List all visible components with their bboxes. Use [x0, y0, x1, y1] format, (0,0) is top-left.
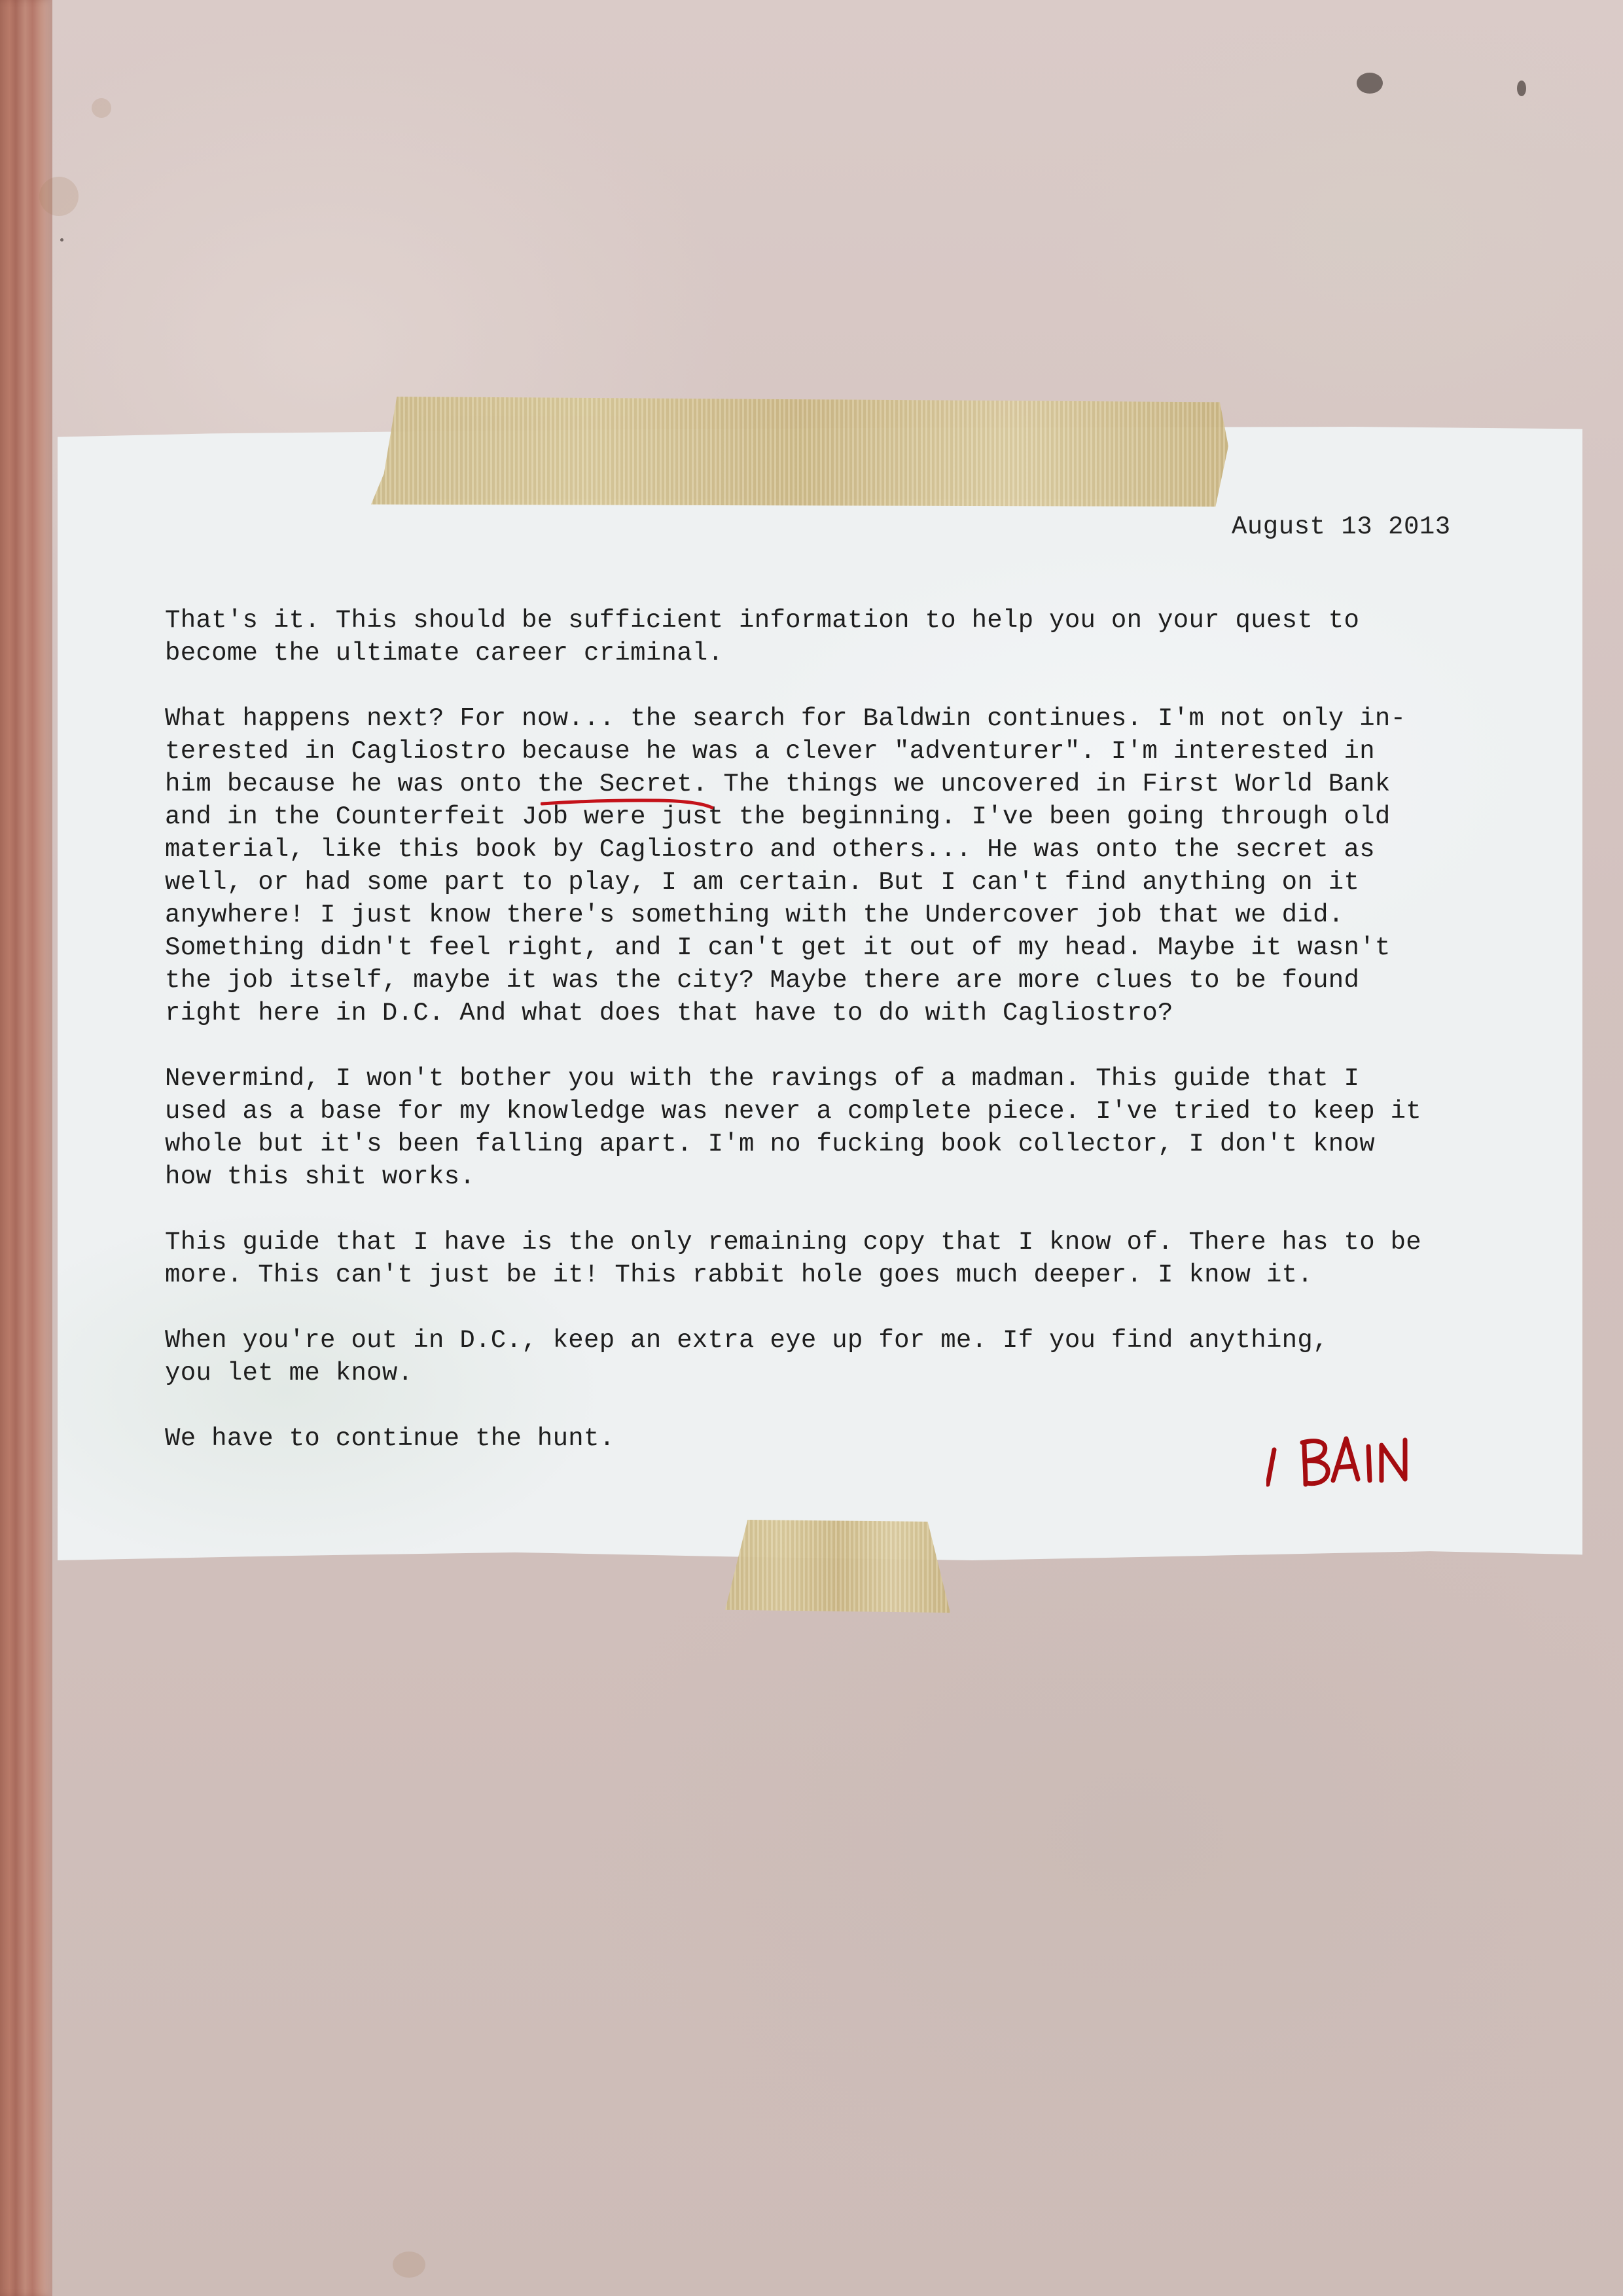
- text-line: Something didn't feel right, and I can't…: [165, 931, 1474, 964]
- stain: [92, 98, 111, 118]
- text-line: and in the Counterfeit Job were just the…: [165, 800, 1474, 833]
- text-line: right here in D.C. And what does that ha…: [165, 997, 1474, 1030]
- text-line: anywhere! I just know there's something …: [165, 899, 1474, 931]
- stain: [393, 2251, 425, 2278]
- text-line-with-underline: him because he was onto the Secret. The …: [165, 768, 1474, 800]
- paragraph-4: This guide that I have is the only remai…: [165, 1226, 1474, 1291]
- text-line: whole but it's been falling apart. I'm n…: [165, 1128, 1474, 1160]
- red-underline-annotation: [541, 796, 717, 810]
- text-line: well, or had some part to play, I am cer…: [165, 866, 1474, 899]
- paragraph-5: When you're out in D.C., keep an extra e…: [165, 1324, 1474, 1390]
- text-line: become the ultimate career criminal.: [165, 637, 1474, 670]
- text-line: you let me know.: [165, 1357, 1474, 1390]
- text-line: What happens next? For now... the search…: [165, 702, 1474, 735]
- speck: [1517, 81, 1526, 96]
- paragraph-1: That's it. This should be sufficient inf…: [165, 604, 1474, 670]
- text-line: used as a base for my knowledge was neve…: [165, 1095, 1474, 1128]
- text-line: how this shit works.: [165, 1160, 1474, 1193]
- tape-bottom: [725, 1520, 950, 1613]
- text-line: terested in Cagliostro because he was a …: [165, 735, 1474, 768]
- text-line: more. This can't just be it! This rabbit…: [165, 1259, 1474, 1291]
- text-line: This guide that I have is the only remai…: [165, 1226, 1474, 1259]
- book-spine-edge: [0, 0, 52, 2296]
- letter-body: That's it. This should be sufficient inf…: [165, 604, 1474, 1488]
- paragraph-2: What happens next? For now... the search…: [165, 702, 1474, 1030]
- letter-date: August 13 2013: [1232, 512, 1451, 541]
- text-line: When you're out in D.C., keep an extra e…: [165, 1324, 1474, 1357]
- paragraph-3: Nevermind, I won't bother you with the r…: [165, 1062, 1474, 1193]
- speck: [60, 238, 63, 242]
- text-line: That's it. This should be sufficient inf…: [165, 604, 1474, 637]
- stain: [39, 177, 79, 216]
- text-line: Nevermind, I won't bother you with the r…: [165, 1062, 1474, 1095]
- text-line: material, like this book by Cagliostro a…: [165, 833, 1474, 866]
- tape-top: [371, 397, 1228, 507]
- speck: [1357, 73, 1383, 94]
- signature-bain: [1266, 1433, 1417, 1492]
- text-line: the job itself, maybe it was the city? M…: [165, 964, 1474, 997]
